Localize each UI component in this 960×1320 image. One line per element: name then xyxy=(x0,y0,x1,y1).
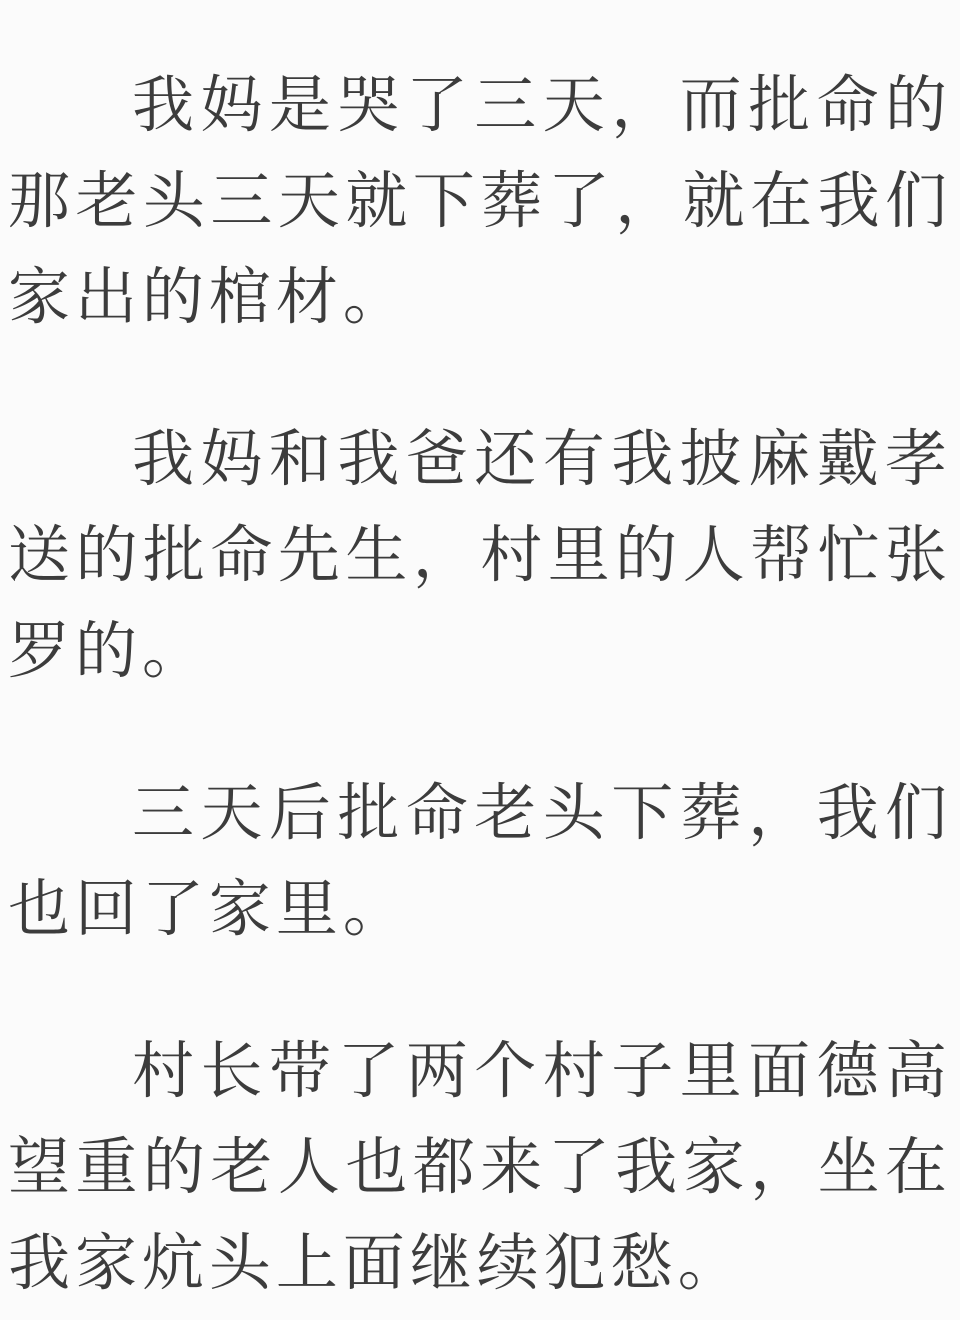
paragraph-4: 村长带了两个村子里面德高望重的老人也都来了我家，坐在我家炕头上面继续犯愁。 xyxy=(8,1024,952,1312)
paragraph-2: 我妈和我爸还有我披麻戴孝送的批命先生，村里的人帮忙张罗的。 xyxy=(8,412,952,700)
paragraph-3: 三天后批命老头下葬，我们也回了家里。 xyxy=(8,766,952,958)
reader-page: 我妈是哭了三天，而批命的那老头三天就下葬了，就在我们家出的棺材。 我妈和我爸还有… xyxy=(0,0,960,1320)
paragraph-1: 我妈是哭了三天，而批命的那老头三天就下葬了，就在我们家出的棺材。 xyxy=(8,58,952,346)
